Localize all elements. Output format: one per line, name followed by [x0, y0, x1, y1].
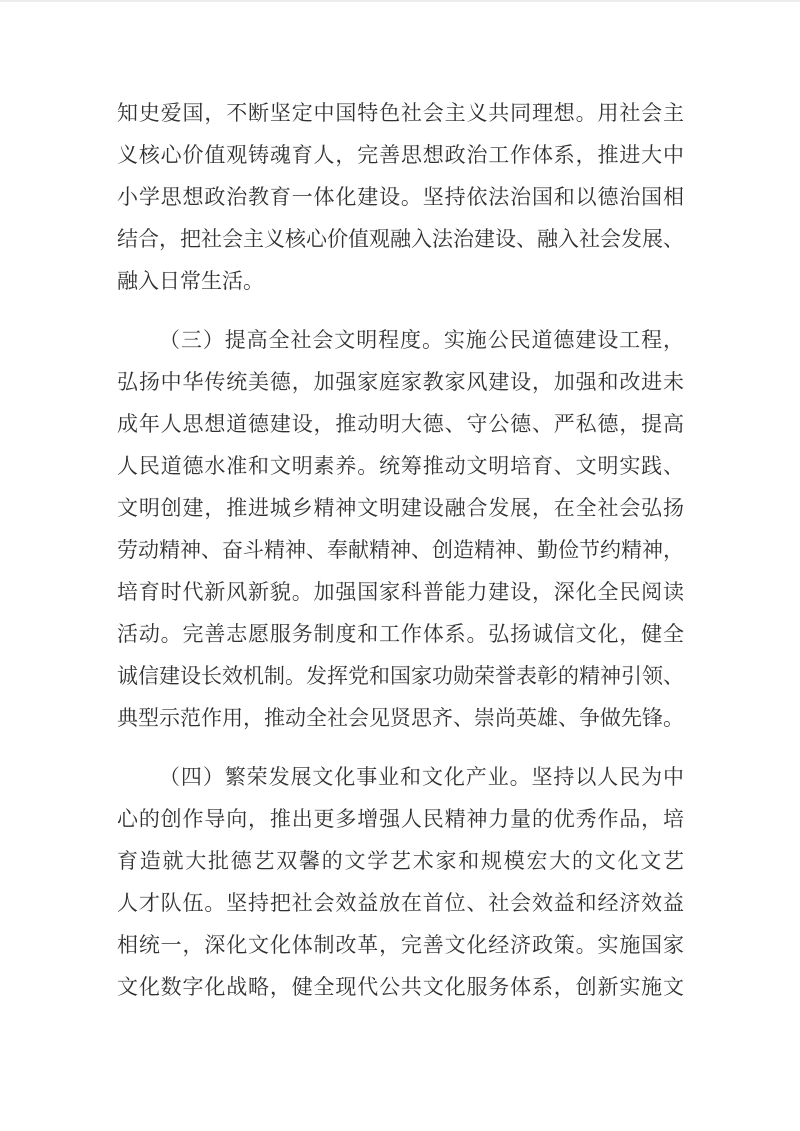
text-line: 小学思想政治教育一体化建设。坚持依法治国和以德治国相 — [117, 176, 684, 218]
text-line: 义核心价值观铸魂育人，完善思想政治工作体系，推进大中 — [117, 134, 684, 176]
text-line: 弘扬中华传统美德，加强家庭家教家风建设，加强和改进未 — [117, 361, 684, 403]
text-line: 诚信建设长效机制。发挥党和国家功勋荣誉表彰的精神引领、 — [117, 655, 684, 697]
text-line: 育造就大批德艺双馨的文学艺术家和规模宏大的文化文艺 — [117, 840, 684, 882]
text-line: 知史爱国，不断坚定中国特色社会主义共同理想。用社会主 — [117, 92, 684, 134]
paragraph: （四）繁荣发展文化事业和文化产业。坚持以人民为中心的创作导向，推出更多增强人民精… — [117, 756, 684, 1008]
text-line: 劳动精神、奋斗精神、奉献精神、创造精神、勤俭节约精神， — [117, 529, 684, 571]
text-line: 文化数字化战略，健全现代公共文化服务体系，创新实施文 — [117, 966, 684, 1008]
text-line: 人民道德水准和文明素养。统筹推动文明培育、文明实践、 — [117, 445, 684, 487]
text-line: 活动。完善志愿服务制度和工作体系。弘扬诚信文化，健全 — [117, 613, 684, 655]
text-line: （三）提高全社会文明程度。实施公民道德建设工程， — [117, 319, 684, 361]
paragraph: （三）提高全社会文明程度。实施公民道德建设工程，弘扬中华传统美德，加强家庭家教家… — [117, 319, 684, 739]
text-line: 文明创建，推进城乡精神文明建设融合发展，在全社会弘扬 — [117, 487, 684, 529]
text-line: 典型示范作用，推动全社会见贤思齐、崇尚英雄、争做先锋。 — [117, 697, 684, 739]
text-line: 培育时代新风新貌。加强国家科普能力建设，深化全民阅读 — [117, 571, 684, 613]
text-line: 心的创作导向，推出更多增强人民精神力量的优秀作品，培 — [117, 798, 684, 840]
page-top-edge-line — [0, 0, 800, 2]
paragraph: 知史爱国，不断坚定中国特色社会主义共同理想。用社会主义核心价值观铸魂育人，完善思… — [117, 92, 684, 302]
text-line: 融入日常生活。 — [117, 260, 684, 302]
text-line: （四）繁荣发展文化事业和文化产业。坚持以人民为中 — [117, 756, 684, 798]
document-body: 知史爱国，不断坚定中国特色社会主义共同理想。用社会主义核心价值观铸魂育人，完善思… — [117, 92, 684, 1025]
text-line: 结合，把社会主义核心价值观融入法治建设、融入社会发展、 — [117, 218, 684, 260]
text-line: 人才队伍。坚持把社会效益放在首位、社会效益和经济效益 — [117, 882, 684, 924]
text-line: 成年人思想道德建设，推动明大德、守公德、严私德，提高 — [117, 403, 684, 445]
text-line: 相统一，深化文化体制改革，完善文化经济政策。实施国家 — [117, 924, 684, 966]
